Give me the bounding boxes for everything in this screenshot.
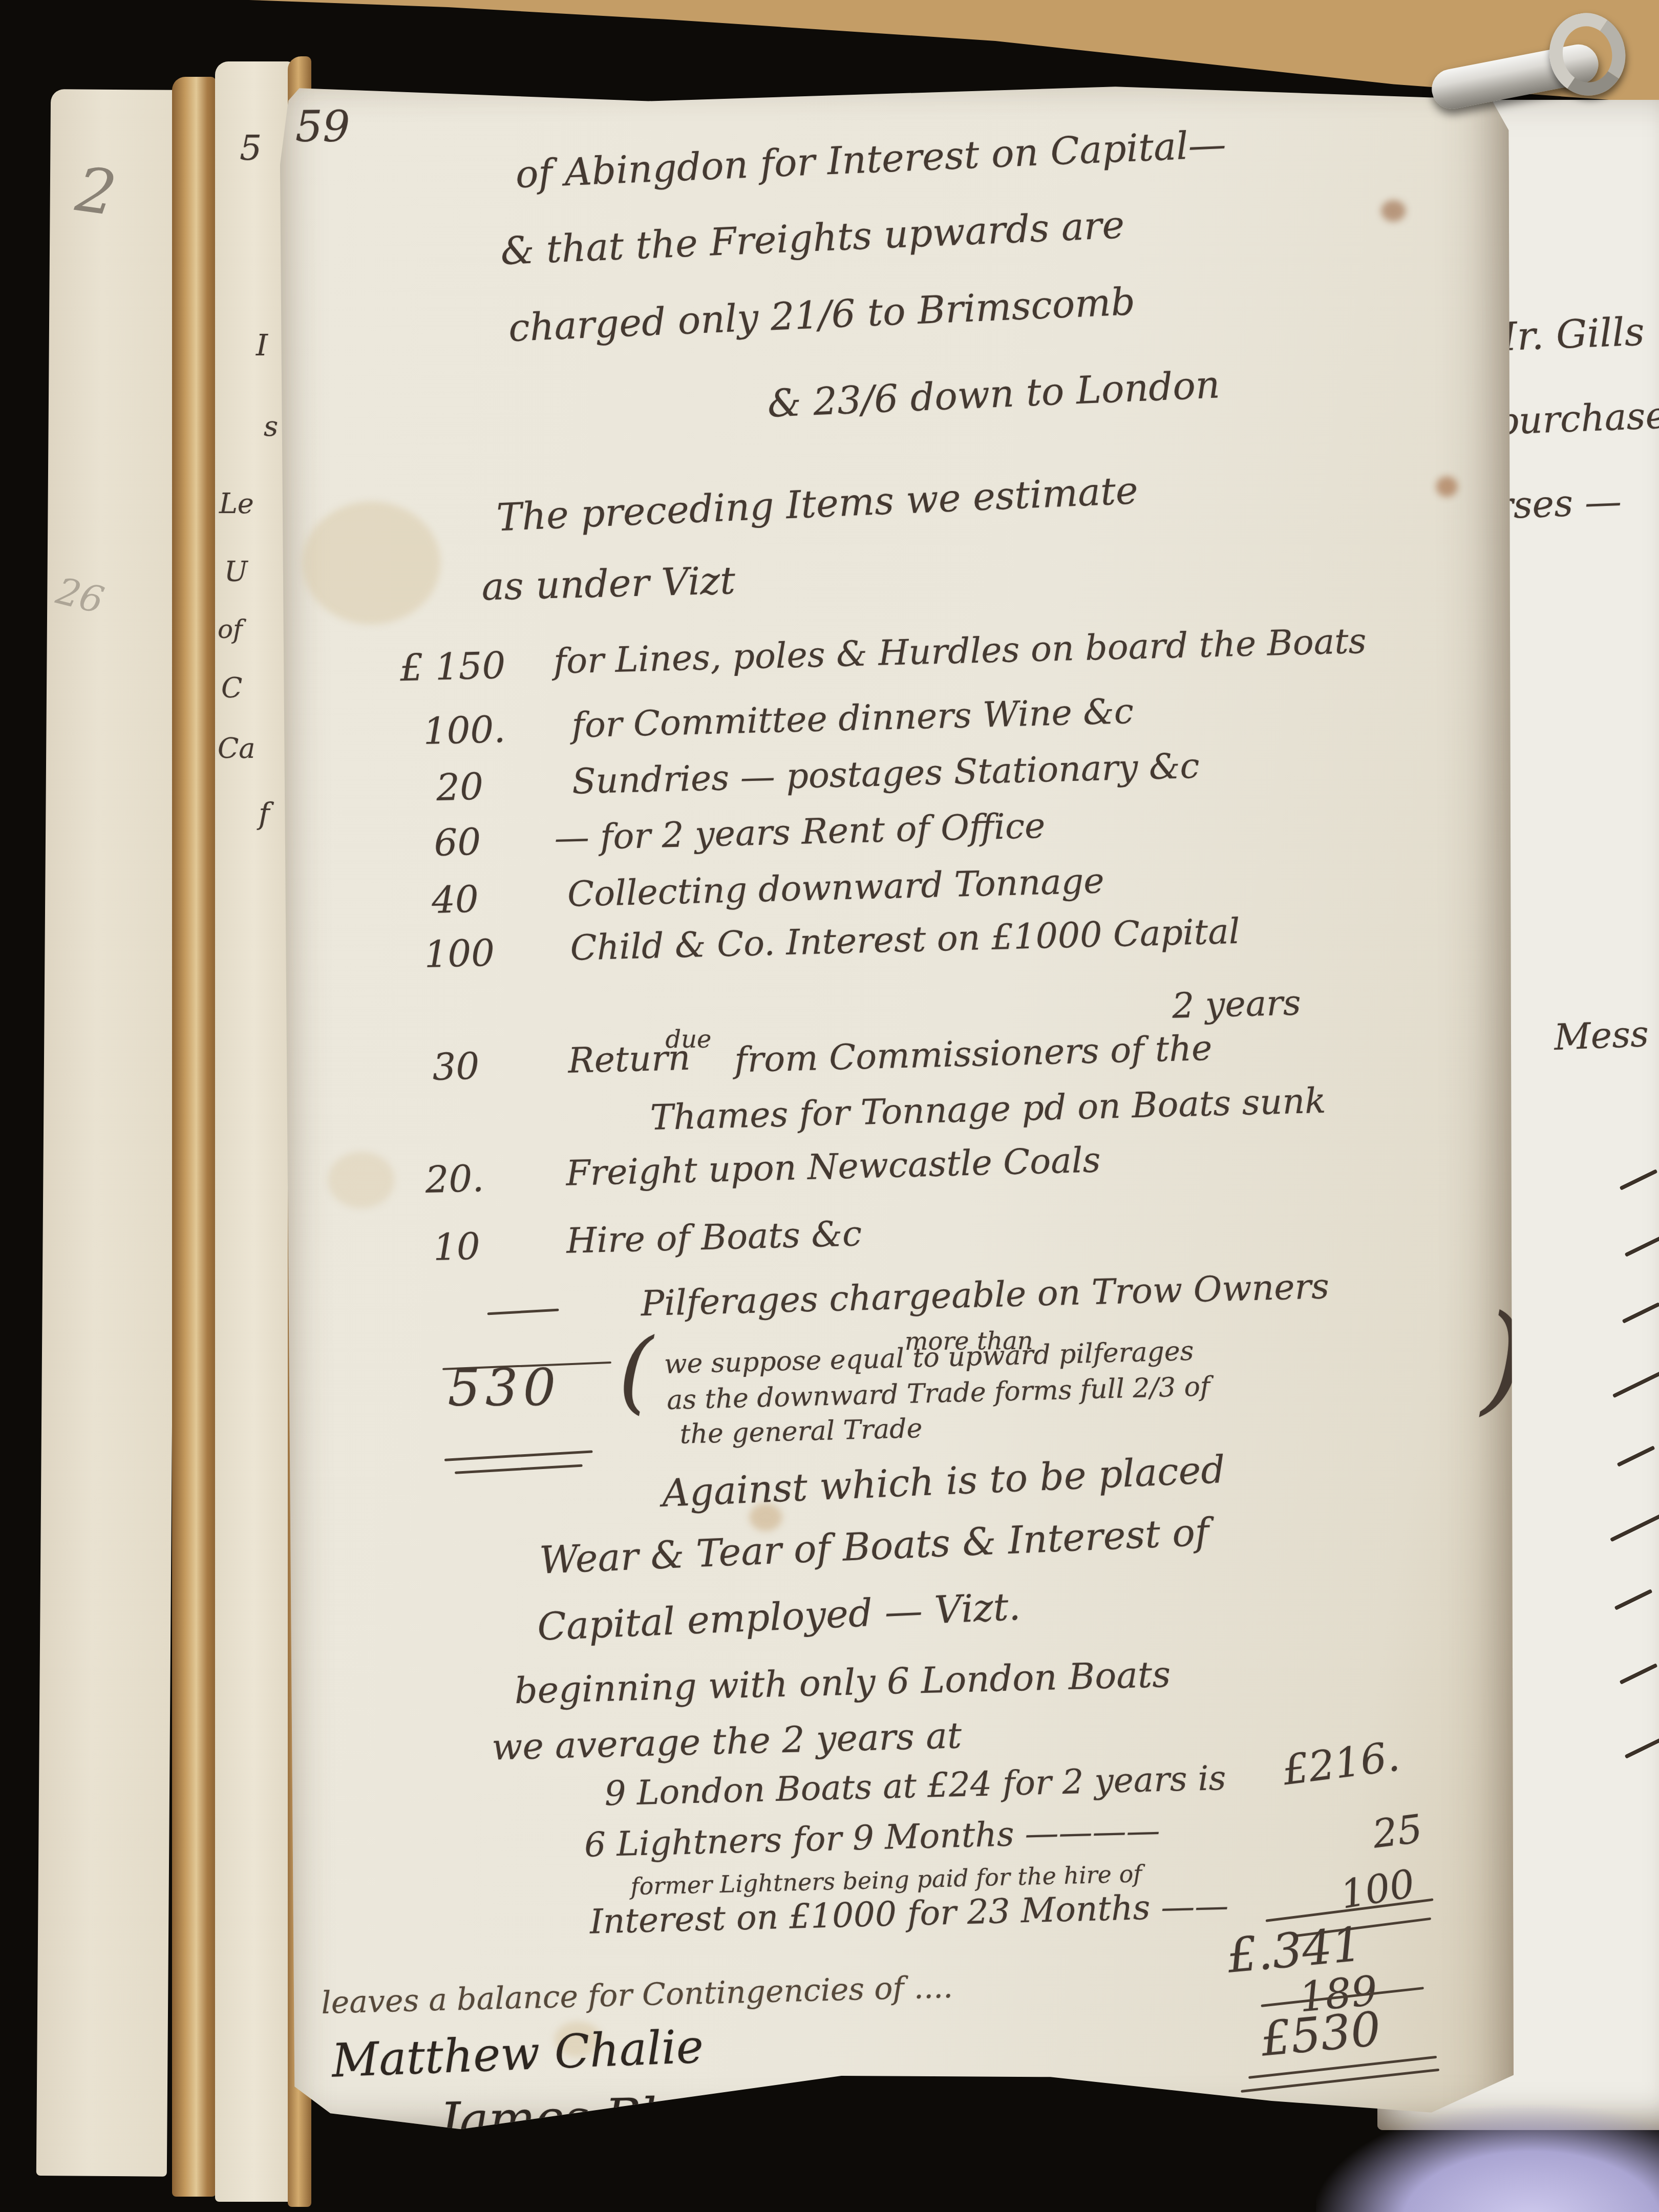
page-number: 59 xyxy=(295,101,350,152)
cutoff-ink-stroke xyxy=(1610,1514,1659,1542)
cutoff-ink-stroke xyxy=(1624,1737,1659,1759)
under-page-ink-fragment: U xyxy=(224,556,248,588)
under-page-ink-fragment: C xyxy=(221,672,242,704)
item-text: for Committee dinners Wine &c xyxy=(571,691,1134,746)
calc-value: 25 xyxy=(1370,1805,1425,1857)
under-page-ink-fragment: s xyxy=(264,410,278,442)
calc-line: 9 London Boats at £24 for 2 years is xyxy=(604,1758,1227,1814)
entry-line: & 23/6 down to London xyxy=(767,363,1221,426)
entry-line: beginning with only 6 London Boats xyxy=(514,1653,1171,1712)
signature: Matthew Chalie xyxy=(331,2019,705,2088)
marginal-note: the general Trade xyxy=(679,1413,923,1450)
item-text: Collecting downward Tonnage xyxy=(567,861,1104,915)
item-text: from Commissioners of the xyxy=(734,1028,1213,1081)
grand-total: £530 xyxy=(1259,2002,1383,2067)
paper-stain xyxy=(1381,200,1406,222)
entry-line: as under Vizt xyxy=(481,559,736,609)
page-edge-band-1 xyxy=(172,77,216,2197)
cutoff-ink-stroke xyxy=(1619,1169,1657,1190)
item-amount: 60 xyxy=(434,820,482,864)
under-page-ink-fragment: Le xyxy=(219,487,254,520)
item-amount: 10 xyxy=(433,1225,481,1269)
entry-line: The preceding Items we estimate xyxy=(496,469,1139,540)
marginal-note: as the downward Trade forms full 2/3 of xyxy=(667,1371,1210,1416)
manuscript-photo: 2 26 5 I s Le U of C Ca f Mr. Gills to p… xyxy=(0,0,1659,2212)
item-amount: 100 xyxy=(424,931,496,976)
item-text-continuation: Thames for Tonnage pd on Boats sunk xyxy=(650,1081,1326,1138)
item-amount: 20 xyxy=(436,765,484,809)
under-page-ink-fragment: I xyxy=(256,328,268,363)
item-amount: 530 xyxy=(448,1357,561,1418)
item-amount: 30 xyxy=(432,1045,480,1089)
cutoff-ink-stroke xyxy=(1617,1445,1655,1467)
sum-rule xyxy=(1241,2069,1439,2093)
paper-stain xyxy=(328,1152,394,1208)
under-page-edge-1 xyxy=(36,89,181,2177)
item-text: Child & Co. Interest on £1000 Capital xyxy=(570,911,1241,969)
closing-line: leaves a balance for Contingencies of ..… xyxy=(321,1969,953,2021)
under-page-ink-fragment: of xyxy=(218,614,243,644)
fabric-patch xyxy=(1316,2104,1659,2212)
entry-line: Against which is to be placed xyxy=(661,1448,1226,1516)
cutoff-ink-stroke xyxy=(1622,1302,1659,1324)
cutoff-ink-stroke xyxy=(1612,1371,1659,1398)
entry-line: we average the 2 years at xyxy=(491,1714,962,1768)
item-amount: 20. xyxy=(424,1157,484,1201)
cutoff-ink-stroke xyxy=(1614,1589,1652,1610)
item-text: — for 2 years Rent of Office xyxy=(554,806,1046,859)
item-amount: 100. xyxy=(423,708,506,753)
item-text: Hire of Boats &c xyxy=(566,1214,862,1262)
entry-line: Wear & Tear of Boats & Interest of xyxy=(539,1510,1210,1583)
under-page-ink-fragment: f xyxy=(259,796,269,831)
paper-stain xyxy=(302,501,441,625)
ink-rule xyxy=(455,1464,583,1474)
cutoff-ink-stroke xyxy=(1624,1236,1659,1257)
calc-value: £216. xyxy=(1280,1732,1402,1794)
calc-line: 6 Lightners for 9 Months ———— xyxy=(584,1811,1160,1864)
entry-line: of Abingdon for Interest on Capital— xyxy=(515,122,1227,197)
item-amount: £ 150 xyxy=(399,644,506,689)
item-text: Sundries — postages Stationary &c xyxy=(571,746,1200,802)
item-text: for Lines, poles & Hurdles on board the … xyxy=(553,621,1367,682)
item-text: Return xyxy=(568,1038,691,1081)
signature: James Black xyxy=(439,2086,744,2150)
ledger-page-59: 59 of Abingdon for Interest on Capital— … xyxy=(280,77,1518,2151)
note-brace: ( xyxy=(618,1320,653,1423)
cutoff-ink-stroke xyxy=(1619,1663,1657,1685)
item-text: Freight upon Newcastle Coals xyxy=(566,1140,1101,1194)
item-text: Pilferages chargeable on Trow Owners xyxy=(641,1266,1330,1324)
facing-page-word-fragment: Mess xyxy=(1553,1013,1649,1058)
under-page-edge-2 xyxy=(215,61,293,2202)
entry-line: & that the Freights upwards are xyxy=(500,203,1125,273)
ink-rule xyxy=(487,1309,559,1315)
entry-line: Capital employed — Vizt. xyxy=(537,1585,1022,1649)
item-amount: 40 xyxy=(431,878,479,922)
paper-stain xyxy=(1436,476,1458,497)
entry-line: charged only 21/6 to Brimscomb xyxy=(507,280,1136,350)
ink-rule xyxy=(444,1450,593,1461)
under-page-ink-fragment: Ca xyxy=(218,732,256,764)
item-text-continuation: 2 years xyxy=(1172,983,1301,1026)
under-page-ink-fragment: 5 xyxy=(240,128,262,168)
